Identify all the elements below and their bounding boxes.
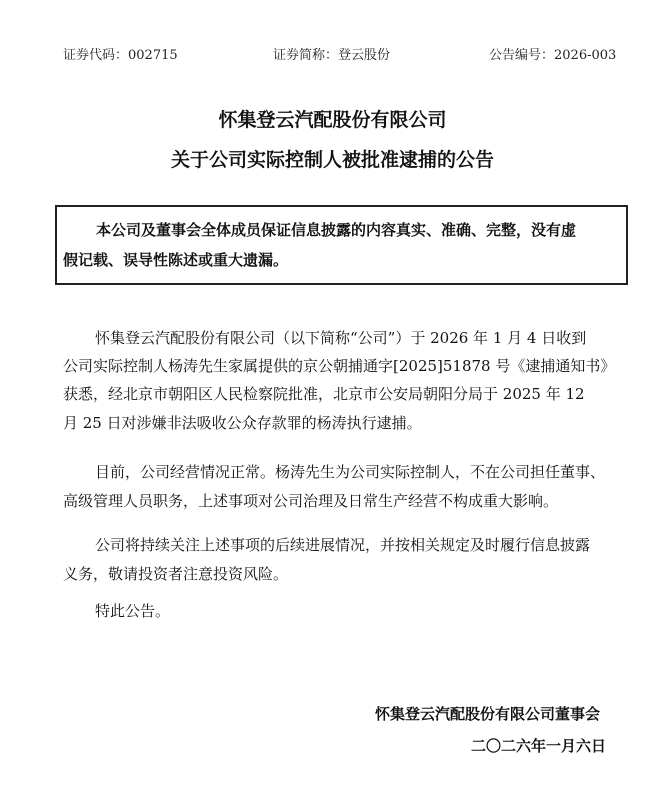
body-line: 公司实际控制人杨涛先生家属提供的京公朝捕通字[2025]51878 号《逮捕通知… <box>63 355 615 376</box>
body-line: 月 25 日对涉嫌非法吸收公众存款罪的杨涛执行逮捕。 <box>63 412 422 433</box>
body-line: 获悉，经北京市朝阳区人民检察院批准，北京市公安局朝阳分局于 2025 年 12 <box>63 383 585 404</box>
company-title: 怀集登云汽配股份有限公司 <box>0 105 665 132</box>
announcement-number: 公告编号：2026-003 <box>489 44 616 63</box>
body-line: 高级管理人员职务，上述事项对公司治理及日常生产经营不构成重大影响。 <box>63 490 558 511</box>
signature-organization: 怀集登云汽配股份有限公司董事会 <box>375 703 600 724</box>
stock-code: 证券代码：002715 <box>63 44 178 63</box>
body-line: 公司将持续关注上述事项的后续进展情况，并按相关规定及时履行信息披露 <box>95 534 590 555</box>
document-header: 证券代码：002715 证券简称：登云股份 公告编号：2026-003 <box>0 44 665 64</box>
closing-line: 特此公告。 <box>95 600 170 621</box>
body-line: 义务，敬请投资者注意投资风险。 <box>63 563 288 584</box>
body-line: 怀集登云汽配股份有限公司（以下简称“公司”）于 2026 年 1 月 4 日收到 <box>95 327 586 348</box>
announcement-title: 关于公司实际控制人被批准逮捕的公告 <box>0 145 665 172</box>
disclosure-statement-box: 本公司及董事会全体成员保证信息披露的内容真实、准确、完整，没有虚 假记载、误导性… <box>55 205 628 285</box>
stock-short-name: 证券简称：登云股份 <box>273 44 390 63</box>
signature-date: 二〇二六年一月六日 <box>471 735 606 756</box>
body-line: 目前，公司经营情况正常。杨涛先生为公司实际控制人，不在公司担任董事、 <box>95 461 605 482</box>
disclosure-line: 假记载、误导性陈述或重大遗漏。 <box>63 249 288 270</box>
disclosure-line: 本公司及董事会全体成员保证信息披露的内容真实、准确、完整，没有虚 <box>96 219 576 240</box>
